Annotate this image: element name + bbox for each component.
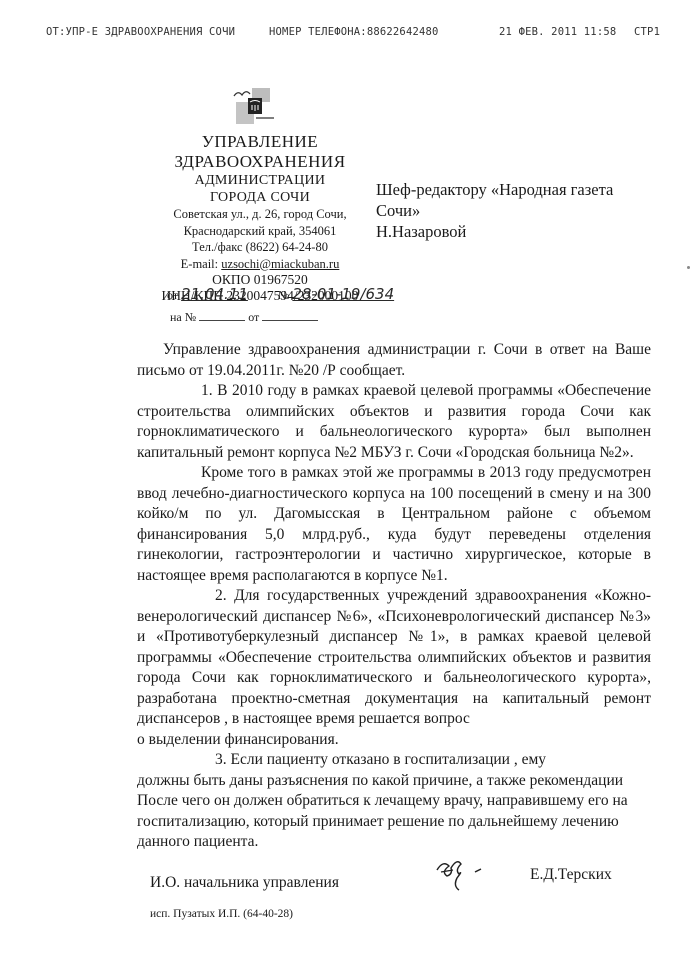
fax-page-number: СТР1 <box>634 26 660 38</box>
fax-transmission-header: ОТ:УПР-Е ЗДРАВООХРАНЕНИЯ СОЧИ НОМЕР ТЕЛЕ… <box>0 26 700 42</box>
org-name-line4: ГОРОДА СОЧИ <box>150 189 370 206</box>
fax-phone-number: НОМЕР ТЕЛЕФОНА:88622642480 <box>269 26 439 38</box>
ref-from-label: от <box>167 288 178 302</box>
email-label: E-mail: <box>181 257 222 271</box>
addressee: Шеф-редактору «Народная газета Сочи» Н.Н… <box>376 179 613 242</box>
fax-sender: ОТ:УПР-Е ЗДРАВООХРАНЕНИЯ СОЧИ <box>46 26 235 38</box>
org-name-line3: АДМИНИСТРАЦИИ <box>150 172 370 189</box>
reply-date-blank <box>262 311 318 321</box>
email-link[interactable]: uzsochi@miackuban.ru <box>221 257 339 271</box>
reply-from-label: от <box>248 310 259 324</box>
reply-number-blank <box>199 311 245 321</box>
ref-date: 21.04.11 <box>181 285 248 303</box>
addressee-line1: Шеф-редактору «Народная газета <box>376 179 613 200</box>
org-address-line2: Краснодарский край, 354061 <box>150 224 370 240</box>
sochi-coat-of-arms-icon <box>232 84 280 128</box>
org-email: E-mail: uzsochi@miackuban.ru <box>150 257 370 273</box>
org-address-line1: Советская ул., д. 26, город Сочи, <box>150 207 370 223</box>
item-3-first-line: 3. Если пациенту отказано в госпитализац… <box>137 750 651 771</box>
signatory-name: Е.Д.Терских <box>530 866 612 884</box>
scan-artifact <box>687 266 690 269</box>
letterhead: УПРАВЛЕНИЕ ЗДРАВООХРАНЕНИЯ АДМИНИСТРАЦИИ… <box>150 132 370 304</box>
ref-number-label: № <box>278 288 289 302</box>
item-2-ending: о выделении финансирования. <box>137 730 651 751</box>
org-name-line2: ЗДРАВООХРАНЕНИЯ <box>150 152 370 172</box>
org-phone-fax: Тел./факс (8622) 64-24-80 <box>150 240 370 256</box>
addressee-line3: Н.Назаровой <box>376 221 613 242</box>
item-3-paragraph: должны быть даны разъяснения по какой пр… <box>137 771 651 853</box>
incoming-reference: на № от <box>170 310 318 325</box>
org-name-line1: УПРАВЛЕНИЕ <box>150 132 370 152</box>
item-1-continuation: Кроме того в рамках этой же программы в … <box>137 463 651 586</box>
executor-contact: исп. Пузатых И.П. (64-40-28) <box>150 908 293 920</box>
reply-to-label: на № <box>170 310 196 324</box>
addressee-line2: Сочи» <box>376 200 613 221</box>
ref-number: 28-01-19/634 <box>292 285 394 303</box>
item-1-paragraph: 1. В 2010 году в рамках краевой целевой … <box>137 381 651 463</box>
signatory-title: И.О. начальника управления <box>150 874 339 892</box>
item-2-paragraph: 2. Для государственных учреждений здраво… <box>137 586 651 730</box>
signature-block: И.О. начальника управления Е.Д.Терских <box>0 862 700 902</box>
letter-body: Управление здравоохранения администрации… <box>137 340 651 853</box>
fax-datetime: 21 ФЕВ. 2011 11:58 <box>499 26 616 38</box>
handwritten-signature-icon <box>433 856 495 894</box>
intro-paragraph: Управление здравоохранения администрации… <box>137 340 651 381</box>
outgoing-reference: от 21.04.11 № 28-01-19/634 <box>167 285 394 303</box>
